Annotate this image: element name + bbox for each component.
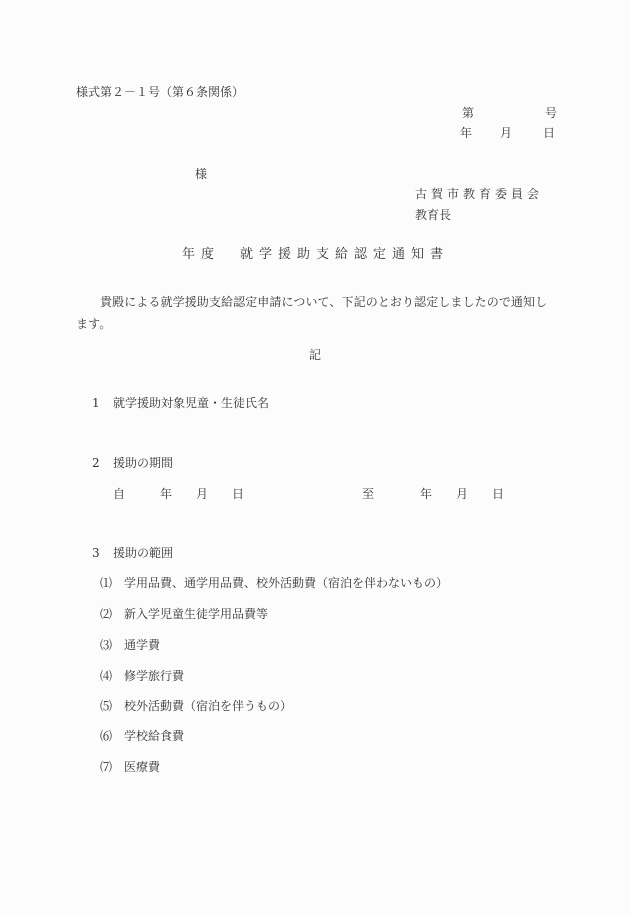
period-to-month: 月 [456,488,468,500]
form-number: 様式第２－１号（第６条関係） [76,86,244,98]
date-year-label: 年 [460,127,472,139]
scope-item-3-number: ⑶ [100,639,112,651]
scope-item-3-label: 通学費 [124,639,160,651]
scope-item-4-label: 修学旅行費 [124,670,184,682]
addressee-honorific: 様 [195,168,207,180]
period-to-year: 年 [420,488,432,500]
doc-number-suffix: 号 [545,107,557,119]
period-from-year: 年 [160,488,172,500]
section-1-heading: 就学援助対象児童・生徒氏名 [113,397,269,409]
document-title: 就学援助支給認定通知書 [240,248,449,261]
scope-item-7-label: 医療費 [124,761,160,773]
period-from-label: 自 [113,488,125,500]
fiscal-year-label: 年度 [182,248,220,261]
scope-item-2-label: 新入学児童生徒学用品費等 [124,608,268,620]
scope-item-5-label: 校外活動費（宿泊を伴うもの） [124,700,292,712]
scope-item-5-number: ⑸ [100,700,112,712]
date-day-label: 日 [543,127,555,139]
ki-marker: 記 [309,349,321,361]
period-to-day: 日 [492,488,504,500]
sender-title: 教育長 [415,209,451,221]
date-month-label: 月 [500,127,512,139]
scope-item-7-number: ⑺ [100,761,112,773]
scope-item-1-number: ⑴ [100,577,112,589]
scope-item-1-label: 学用品費、通学用品費、校外活動費（宿泊を伴わないもの） [124,577,448,589]
period-from-month: 月 [196,488,208,500]
scope-item-6-label: 学校給食費 [124,730,184,742]
section-2-number: 2 [92,457,100,469]
doc-number-prefix: 第 [462,107,474,119]
section-1-number: 1 [92,397,100,409]
period-from-day: 日 [232,488,244,500]
scope-item-2-number: ⑵ [100,608,112,620]
section-3-number: 3 [92,547,100,559]
section-3-heading: 援助の範囲 [113,547,173,559]
period-to-label: 至 [362,488,374,500]
scope-item-4-number: ⑷ [100,670,112,682]
scope-item-6-number: ⑹ [100,730,112,742]
sender-organization: 古賀市教育委員会 [415,188,543,200]
section-2-heading: 援助の期間 [113,457,173,469]
notice-paragraph: 貴殿による就学援助支給認定申請について、下記のとおり認定しましたので通知します。 [76,291,558,335]
